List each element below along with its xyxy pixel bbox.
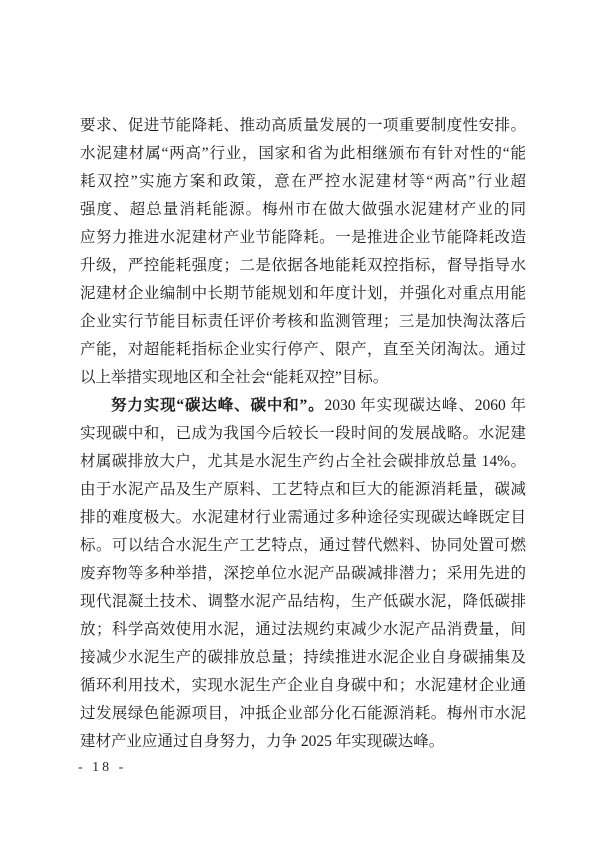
text-line: 实现碳中和，已成为我国今后较长一段时间的发展战略。水泥建: [80, 420, 526, 448]
paragraph-lead-bold: 努力实现“碳达峰、碳中和”。: [111, 397, 325, 414]
page-number: - 18 -: [78, 758, 126, 778]
text-line: 现代混凝土技术、调整水泥产品结构，生产低碳水泥，降低碳排: [80, 588, 526, 616]
text-line: 企业实行节能目标责任评价考核和监测管理；三是加快淘汰落后: [80, 308, 526, 336]
document-page: 要求、促进节能降耗、推动高质量发展的一项重要制度性安排。 水泥建材属“两高”行业…: [0, 0, 600, 848]
text-line: 努力实现“碳达峰、碳中和”。2030 年实现碳达峰、2060 年: [80, 392, 526, 420]
text-run: 2030 年实现碳达峰、2060 年: [325, 397, 526, 414]
document-body: 要求、促进节能降耗、推动高质量发展的一项重要制度性安排。 水泥建材属“两高”行业…: [80, 112, 526, 756]
text-line: 放；科学高效使用水泥，通过法规约束减少水泥产品消费量，间: [80, 616, 526, 644]
text-line: 接减少水泥生产的碳排放总量；持续推进水泥企业自身碳捕集及: [80, 644, 526, 672]
text-line: 标。可以结合水泥生产工艺特点，通过替代燃料、协同处置可燃: [80, 532, 526, 560]
text-line: 强度、超总量消耗能源。梅州市在做大做强水泥建材产业的同时，: [80, 196, 526, 224]
paragraph-energy-dual-control: 要求、促进节能降耗、推动高质量发展的一项重要制度性安排。 水泥建材属“两高”行业…: [80, 112, 526, 392]
text-line: 要求、促进节能降耗、推动高质量发展的一项重要制度性安排。: [80, 112, 526, 140]
text-line: 产能，对超能耗指标企业实行停产、限产，直至关闭淘汰。通过: [80, 336, 526, 364]
text-line: 以上举措实现地区和全社会“能耗双控”目标。: [80, 364, 526, 392]
text-line: 过发展绿色能源项目，冲抵企业部分化石能源消耗。梅州市水泥: [80, 700, 526, 728]
text-line: 泥建材企业编制中长期节能规划和年度计划，并强化对重点用能: [80, 280, 526, 308]
text-line: 由于水泥产品及生产原料、工艺特点和巨大的能源消耗量，碳减: [80, 476, 526, 504]
text-line: 废弃物等多种举措，深挖单位水泥产品碳减排潜力；采用先进的: [80, 560, 526, 588]
text-line: 水泥建材属“两高”行业，国家和省为此相继颁布有针对性的“能: [80, 140, 526, 168]
text-line: 升级，严控能耗强度；二是依据各地能耗双控指标，督导指导水: [80, 252, 526, 280]
paragraph-carbon-peak-neutrality: 努力实现“碳达峰、碳中和”。2030 年实现碳达峰、2060 年 实现碳中和，已…: [80, 392, 526, 756]
text-line: 排的难度极大。水泥建材行业需通过多种途径实现碳达峰既定目: [80, 504, 526, 532]
text-line: 循环利用技术，实现水泥生产企业自身碳中和；水泥建材企业通: [80, 672, 526, 700]
text-line: 材属碳排放大户，尤其是水泥生产约占全社会碳排放总量 14%。: [80, 448, 526, 476]
text-line: 应努力推进水泥建材产业节能降耗。一是推进企业节能降耗改造: [80, 224, 526, 252]
text-line: 建材产业应通过自身努力，力争 2025 年实现碳达峰。: [80, 728, 526, 756]
text-line: 耗双控”实施方案和政策，意在严控水泥建材等“两高”行业超: [80, 168, 526, 196]
